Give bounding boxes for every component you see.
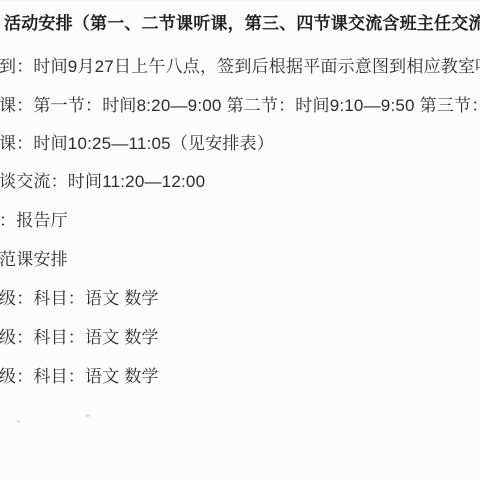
line-signin-info: 到：时间9月27日上午八点，签到后根据平面示意图到相应教室听课。 xyxy=(0,57,480,76)
document-title: 活动安排（第一、二节课听课，第三、四节课交流含班主任交流） xyxy=(4,14,480,33)
line-lesson-review-time: 课：时间10:25—11:05（见安排表） xyxy=(0,134,274,153)
line-grade-subjects-2: 级：科目：语文 数学 xyxy=(0,328,159,347)
photo-edge-shading xyxy=(0,0,480,2)
noise-speck xyxy=(85,414,90,417)
line-discussion-time: 谈交流：时间11:20—12:00 xyxy=(0,172,205,191)
line-grade-subjects-1: 级：科目：语文 数学 xyxy=(0,289,159,308)
line-demo-lesson-heading: 范课安排 xyxy=(0,250,68,269)
line-grade-subjects-3: 级：科目：语文 数学 xyxy=(0,367,159,386)
document-page: 活动安排（第一、二节课听课，第三、四节课交流含班主任交流） 到：时间9月27日上… xyxy=(0,0,480,480)
line-lesson-periods: 课：第一节：时间8:20—9:00 第二节：时间9:10—9:50 第三节：时间… xyxy=(0,96,480,115)
noise-speck xyxy=(17,420,20,423)
line-venue: ：报告厅 xyxy=(0,211,68,230)
